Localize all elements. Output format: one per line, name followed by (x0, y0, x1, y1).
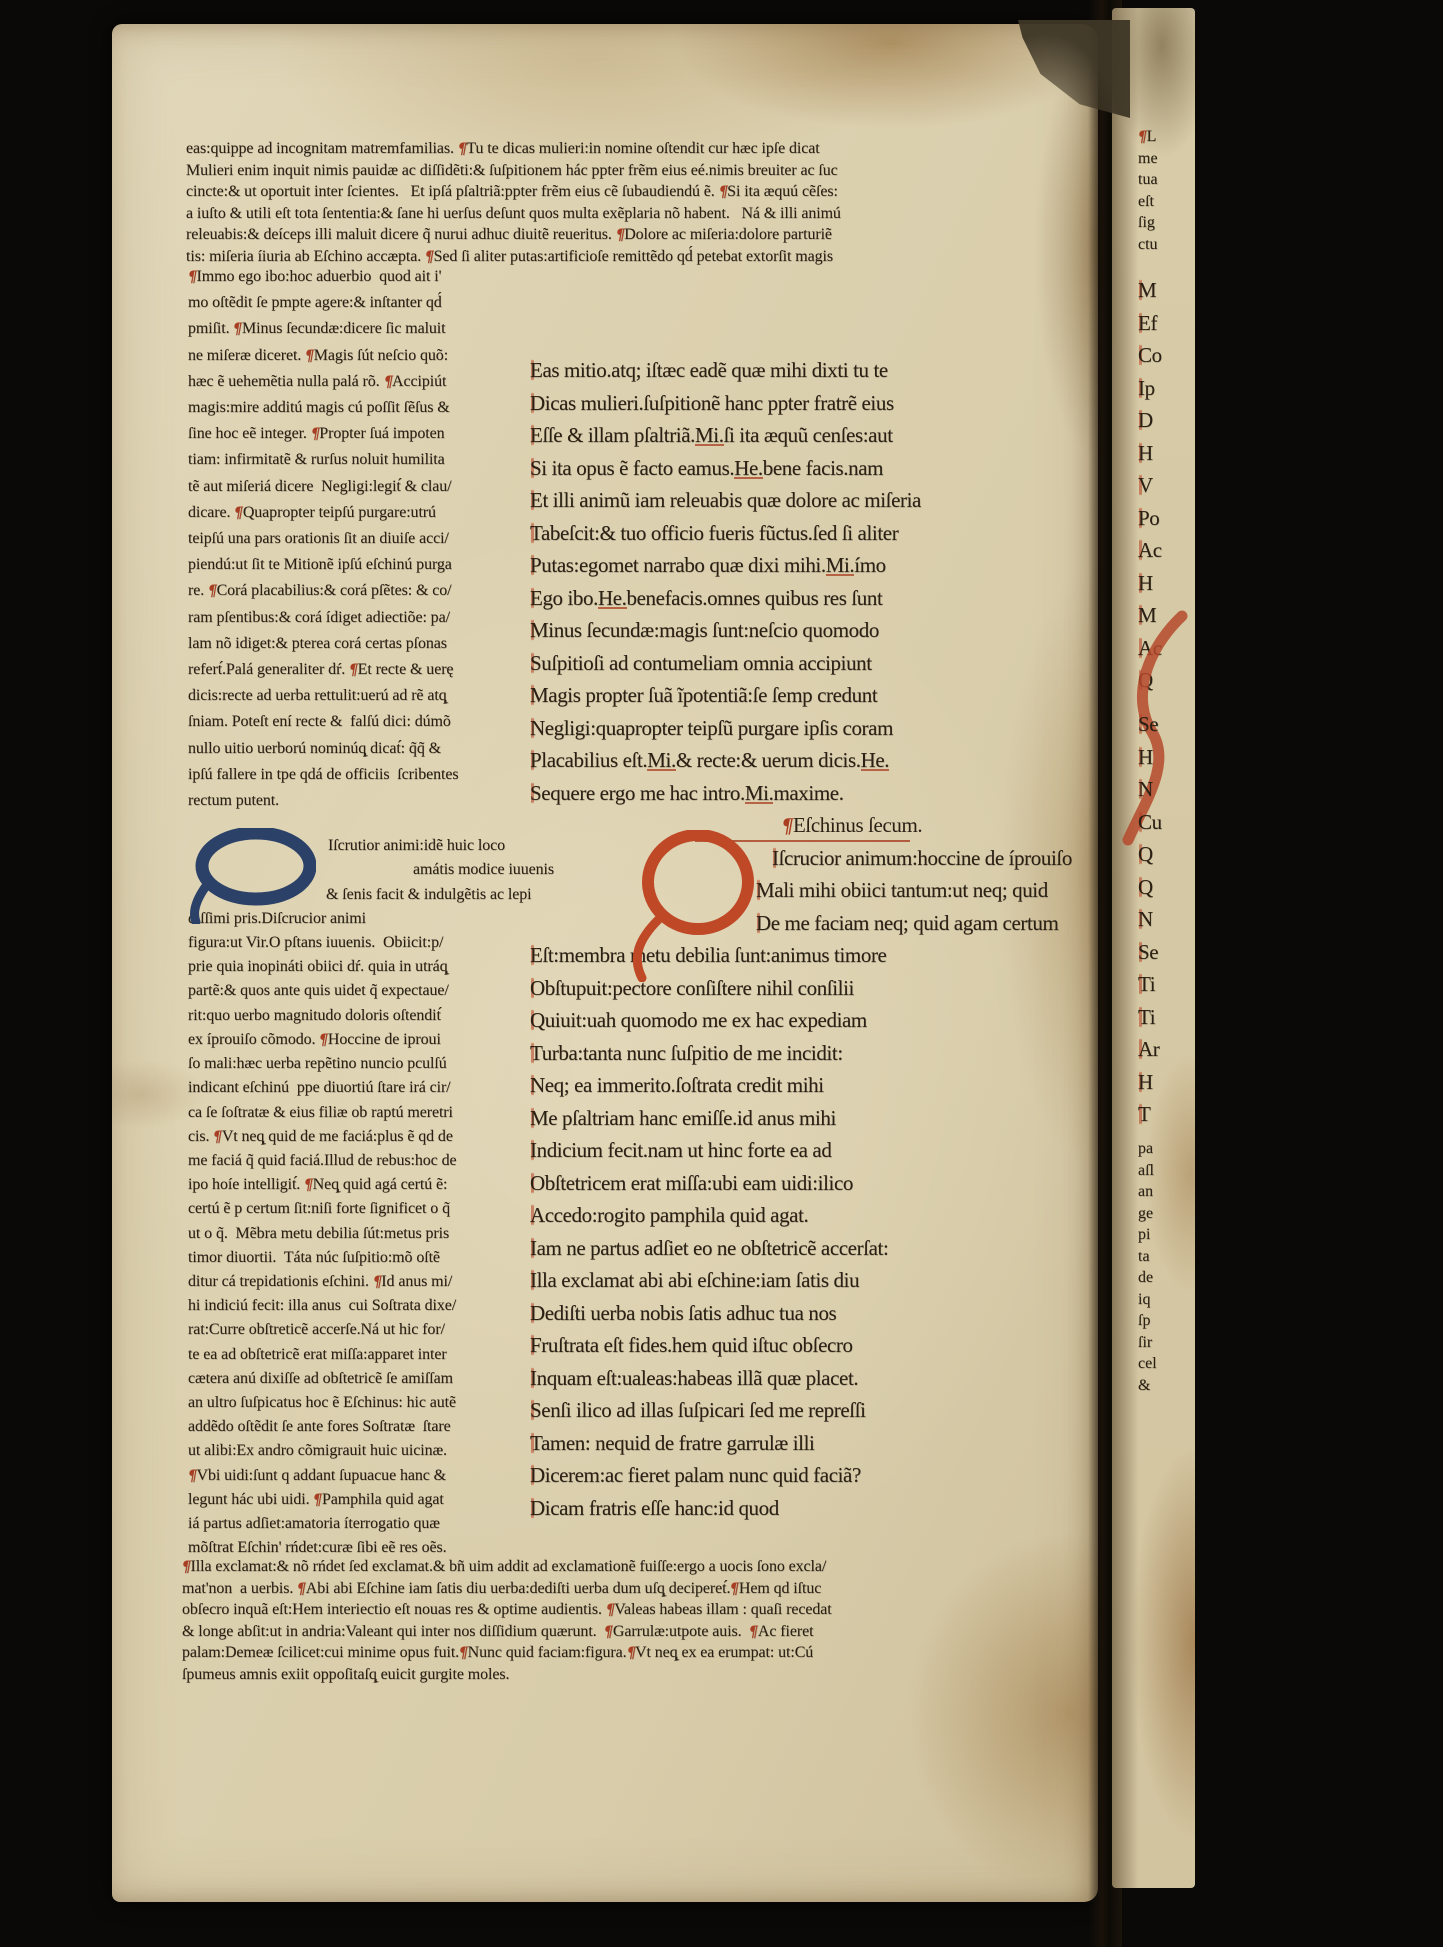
verse-line: Obſtetricem erat miſſa:ubi eam uidi:ilic… (530, 1167, 1000, 1200)
fragment-line: ſig (1138, 212, 1158, 234)
verse-line: Et illi animũ iam releuabis quæ dolore a… (530, 484, 1000, 517)
fragment-line: Se (1138, 708, 1162, 741)
pilcrow-mark: ¶ (602, 1621, 614, 1643)
verse-line: Ego ibo.He.benefacis.omnes quibus res ſu… (530, 582, 1000, 615)
pilcrow-mark: ¶ (747, 1621, 759, 1643)
commentary-line: dicare. ¶Quapropter teipſú purgare:utrú (188, 500, 528, 526)
commentary-line: lam nõ idiget:& pterea corá certas pſona… (188, 631, 528, 657)
pilcrow-mark: ¶ (347, 657, 360, 683)
fragment-line: Q (1138, 838, 1162, 871)
fragment-line: tua (1138, 169, 1158, 191)
fragment-line: H (1138, 1066, 1162, 1099)
pilcrow-mark: ¶ (302, 1173, 315, 1197)
speaker-mark: Mi. (826, 553, 855, 577)
fragment-line: N (1138, 903, 1162, 936)
fragment-line: pi (1138, 1224, 1157, 1246)
commentary-line: tiam: infirmitatẽ & rurſus noluit humili… (188, 447, 528, 473)
next-page-text-fragments: paaſlangepitadeiqſpſircel& (1138, 1138, 1157, 1396)
pilcrow-mark: ¶ (186, 1464, 199, 1488)
commentary-line: timor diuortii. Táta núc ſuſpitio:mõ oſt… (188, 1246, 528, 1270)
commentary-line: rit:quo uerbo magnitudo doloris oſtendit… (188, 1004, 528, 1028)
commentary-line: iá partus adſiet:amatoria íterrogatio qu… (188, 1512, 528, 1536)
fragment-line: ſp (1138, 1310, 1157, 1332)
verse-line: Indicium fecit.nam ut hinc forte ea ad (530, 1134, 1000, 1167)
commentary-line: cis. ¶Vt neq̨ quid de me faciá:plus ẽ qd… (188, 1125, 528, 1149)
fragment-line: ctu (1138, 234, 1158, 256)
commentary-line: dicis:recte ad uerba rettulit:uerú ad rẽ… (188, 683, 528, 709)
pilcrow-mark: ¶ (614, 224, 626, 246)
commentary-line: Mulieri enim inquit nimis pauidæ ac diſſ… (186, 160, 982, 182)
verse-line: Dicerem:ac fieret palam nunc quid faciã? (530, 1459, 1000, 1492)
pilcrow-mark: ¶ (1136, 126, 1148, 148)
verse-line: Eſſe & illam pſaltriã.Mi.ſi ita æquũ cen… (530, 419, 1000, 452)
commentary-line: legunt hác ubi uidi. ¶Pamphila quid agat (188, 1488, 528, 1512)
verse-line: Eſt:membra metu debilia ſunt:animus timo… (530, 939, 1000, 972)
verse-line: Neq; ea immerito.ſoſtrata credit mihi (530, 1069, 1000, 1102)
bottom-commentary-block: ¶Illa exclamat:& nõ rńdet ſed exclamat.&… (182, 1556, 988, 1686)
commentary-line: rectum putent. (188, 788, 528, 814)
commentary-line: ipſú fallere in tpe qdá de officiis ſcri… (188, 762, 528, 788)
speaker-mark: He. (734, 456, 763, 480)
fragment-line: & (1138, 1375, 1157, 1397)
fragment-line: Cu (1138, 806, 1162, 839)
commentary-line: ca ſe ſoſtratæ & eius filiæ ob raptú mer… (188, 1101, 528, 1125)
illuminated-initial-d-red (626, 830, 760, 992)
fragment-line: Co (1138, 339, 1162, 372)
next-page-text-fragments: ¶Lmetuaeſtſigctu (1138, 126, 1158, 255)
pilcrow-mark: ¶ (231, 316, 244, 342)
top-commentary-block: eas:quippe ad incognitam matremfamilias.… (186, 138, 982, 267)
commentary-line: ſniam. Poteſt ení recte & falſú dici: dú… (188, 709, 528, 735)
verse-line: Fruſtrata eſt fides.hem quid iſtuc obſec… (530, 1329, 1000, 1362)
fragment-line: Ti (1138, 1001, 1162, 1034)
verse-line: Sequere ergo me hac intro.Mi.maxime. (530, 777, 1000, 810)
fragment-line: H (1138, 567, 1162, 600)
verse-line: Dicas mulieri.ſuſpitionẽ hanc ppter frat… (530, 387, 1000, 420)
pilcrow-mark: ¶ (211, 1125, 224, 1149)
verse-line: Magis propter ſuã ĩpotentiã:ſe ſemp cred… (530, 679, 1000, 712)
fragment-line: me (1138, 148, 1158, 170)
commentary-line: hæc ẽ uehemẽtia nulla palá rõ. ¶Accipiút (188, 369, 528, 395)
pilcrow-mark: ¶ (381, 369, 394, 395)
commentary-line: cincte:& ut oportuit inter ſcientes. Et … (186, 181, 982, 203)
fragment-line: Po (1138, 502, 1162, 535)
fragment-line: Ef (1138, 307, 1162, 340)
pilcrow-mark: ¶ (456, 138, 468, 160)
pilcrow-mark: ¶ (180, 1556, 192, 1578)
pilcrow-mark: ¶ (311, 1488, 324, 1512)
commentary-line: figura:ut Vir.O pſtans iuuenis. Obiicit:… (188, 931, 528, 955)
commentary-line: magis:mire additú magis cú poſſit ſẽſus … (188, 395, 528, 421)
verse-line: Dicam fratris eſſe hanc:id quod (530, 1492, 1000, 1525)
fragment-line: H (1138, 741, 1162, 774)
commentary-line: pmiſit. ¶Minus ſecundæ:dicere ſic maluit (188, 316, 528, 342)
verse-passage-initial: Iſcrucior animum:hoccine de íprouiſo Mal… (530, 842, 1000, 1525)
commentary-line: tẽ aut miſeriá dicere Negligi:legit́ & c… (188, 474, 528, 500)
commentary-line: me faciá q̃ quid faciá.Illud de rebus:ho… (188, 1149, 528, 1173)
fragment-line: ge (1138, 1203, 1157, 1225)
fragment-line: eſt (1138, 191, 1158, 213)
verse-line: De me faciam neq; quid agam certum (530, 907, 1000, 940)
commentary-line: ipo hoíe intelligit́. ¶Neq̨ quid agá cer… (188, 1173, 528, 1197)
speaker-mark: Mi. (745, 781, 774, 805)
commentary-line: teipſú una pars orationis ſit an diuiſe … (188, 526, 528, 552)
commentary-line: refert́.Palá generaliter dŕ. ¶Et recte &… (188, 657, 528, 683)
verse-line: Tamen: nequid de fratre garrulæ illi (530, 1427, 1000, 1460)
verse-line: Iſcrucior animum:hoccine de íprouiſo (530, 842, 1000, 875)
pilcrow-mark: ¶ (625, 1642, 637, 1664)
commentary-line: piendú:ut ſit te Mitionẽ ipſú eſchinú pu… (188, 552, 528, 578)
commentary-line: ſpumeus amnis exiit oppoſitaſq̨ euicit g… (182, 1664, 988, 1686)
verse-line: Illa exclamat abi abi eſchine:iam ſatis … (530, 1264, 1000, 1297)
pilcrow-mark: ¶ (206, 578, 219, 604)
commentary-paragraph: ¶Immo ego ibo:hoc aduerbio quod ait i'mo… (188, 264, 528, 814)
speaker-mark: He. (861, 748, 890, 772)
commentary-line: ram pſentibus:& corá ídiget adiectiõe: p… (188, 605, 528, 631)
fragment-line: H (1138, 437, 1162, 470)
verse-line: Putas:egomet narrabo quæ dixi mihi.Mi.ím… (530, 549, 1000, 582)
fragment-line: Ip (1138, 372, 1162, 405)
pilcrow-mark: ¶ (186, 264, 199, 290)
pilcrow-mark: ¶ (303, 343, 316, 369)
fragment-line: M (1138, 274, 1162, 307)
fragment-line: ta (1138, 1246, 1157, 1268)
commentary-line: nullo uitio uerború nominúq̨ dicat́: q̃q… (188, 736, 528, 762)
verse-line: Placabilius eſt.Mi.& recte:& uerum dicis… (530, 744, 1000, 777)
commentary-line: ſine hoc eẽ integer. ¶Propter ſuá impote… (188, 421, 528, 447)
pilcrow-mark: ¶ (371, 1270, 384, 1294)
left-commentary-column: ¶Immo ego ibo:hoc aduerbio quod ait i'mo… (188, 264, 528, 1560)
fragment-line: Se (1138, 936, 1162, 969)
fragment-line: de (1138, 1267, 1157, 1289)
pilcrow-mark: ¶ (232, 500, 245, 526)
verse-line: Mali mihi obiici tantum:ut neq; quid (530, 874, 1000, 907)
verse-line: Turba:tanta nunc ſuſpitio de me incidit: (530, 1037, 1000, 1070)
pilcrow-mark: ¶ (728, 1578, 740, 1600)
fragment-line: Ti (1138, 968, 1162, 1001)
verse-line: Eas mitio.atq; iſtæc eadẽ quæ mihi dixti… (530, 354, 1000, 387)
verse-line: Obſtupuit:pectore conſiſtere nihil conſi… (530, 972, 1000, 1005)
verse-line: Si ita opus ẽ facto eamus.He.bene facis.… (530, 452, 1000, 485)
verse-line: Negligi:quapropter teipſũ purgare ipſis … (530, 712, 1000, 745)
speaker-mark: He. (598, 586, 627, 610)
commentary-line: te ea ad obſtetricẽ erat miſſa:apparet i… (188, 1343, 528, 1367)
commentary-line: ne miſeræ diceret. ¶Magis ſút neſcio quõ… (188, 343, 528, 369)
verse-line: Dediſti uerba nobis ſatis adhuc tua nos (530, 1297, 1000, 1330)
fragment-line: D (1138, 404, 1162, 437)
book-page: eas:quippe ad incognitam matremfamilias.… (112, 24, 1098, 1902)
speaker-mark: Mi. (695, 423, 724, 447)
fragment-line: T (1138, 1098, 1162, 1131)
initial-d-glyph (184, 828, 316, 924)
commentary-line: prie quia inopináti obiici dŕ. quia in u… (188, 955, 528, 979)
fragment-line: Ac (1138, 534, 1162, 567)
commentary-line: ¶Vbi uidi:ſunt q addant ſupuacue hanc & (188, 1464, 528, 1488)
commentary-line: certú ẽ p certum ſit:niſi forte ſignific… (188, 1197, 528, 1221)
fragment-line: Q (1138, 871, 1162, 904)
fragment-line: N (1138, 773, 1162, 806)
fragment-line: cel (1138, 1353, 1157, 1375)
verse-line: Minus ſecundæ:magis ſunt:neſcio quomodo (530, 614, 1000, 647)
commentary-line: hi indiciú fecit: illa anus cui Soſtrata… (188, 1294, 528, 1318)
speaker-mark: Mi. (647, 748, 676, 772)
verse-line: Me pſaltriam hanc emiſſe.id anus mihi (530, 1102, 1000, 1135)
pilcrow-mark: ¶ (317, 1028, 330, 1052)
pilcrow-mark: ¶ (717, 181, 729, 203)
commentary-continuation: diſſimi pris.Diſcrucior animifigura:ut V… (188, 907, 528, 1560)
commentary-line: obſecro inquã eſt:Hem interiectio eſt no… (182, 1599, 988, 1621)
fragment-line: aſl (1138, 1160, 1157, 1182)
fragment-line: ¶L (1138, 126, 1158, 148)
illuminated-initial-d-blue (184, 828, 316, 932)
commentary-line: mo oſtẽdit ſe pmpte agere:& inſtanter qd… (188, 290, 528, 316)
commentary-line: ſo mali:hæc uerba repẽtino nuncio pculſú (188, 1052, 528, 1076)
pilcrow-mark: ¶ (457, 1642, 469, 1664)
next-page-text-fragments: SeHNCuQQNSeTiTiArHT (1138, 708, 1162, 1131)
commentary-line: & longe abſit:ut in andria:Valeant qui i… (182, 1621, 988, 1643)
fragment-line: an (1138, 1181, 1157, 1203)
commentary-line: cætera anú dixiſſe ad obſtetricẽ ſe amiſ… (188, 1367, 528, 1391)
pilcrow-mark: ¶ (308, 421, 321, 447)
verse-line: Iam ne partus adſiet eo ne obſtetricẽ ac… (530, 1232, 1000, 1265)
pilcrow-mark: ¶ (604, 1599, 616, 1621)
commentary-line: ex íprouiſo cõmodo. ¶Hoccine de iproui (188, 1028, 528, 1052)
fragment-line: V (1138, 469, 1162, 502)
fragment-line: Ar (1138, 1033, 1162, 1066)
verse-continuation: Eſt:membra metu debilia ſunt:animus timo… (530, 939, 1000, 1524)
commentary-line: ut o q̃. Mẽbra metu debilia ſút:metus pr… (188, 1222, 528, 1246)
verse-line: Accedo:rogito pamphila quid agat. (530, 1199, 1000, 1232)
verse-line: Suſpitioſi ad contumeliam omnia accipiun… (530, 647, 1000, 680)
commentary-line: addẽdo oſtẽdit ſe ante fores Soſtratæ ſt… (188, 1415, 528, 1439)
verse-line: Quiuit:uah quomodo me ex hac expediam (530, 1004, 1000, 1037)
commentary-line: re. ¶Corá placabilius:& corá pſẽtes: & c… (188, 578, 528, 604)
scene-heading: ¶Eſchinus ſecum. (530, 809, 1000, 842)
commentary-line: ut alibi:Ex andro cõmigrauit huic uicinæ… (188, 1439, 528, 1463)
commentary-line: a iuſto & utili eſt tota ſententia:& ſan… (186, 203, 982, 225)
commentary-line: ¶Illa exclamat:& nõ rńdet ſed exclamat.&… (182, 1556, 988, 1578)
main-text-column: Eas mitio.atq; iſtæc eadẽ quæ mihi dixti… (530, 354, 1000, 1524)
verse-line: Inquam eſt:ualeas:habeas illã quæ placet… (530, 1362, 1000, 1395)
photo-background: eas:quippe ad incognitam matremfamilias.… (0, 0, 1443, 1947)
commentary-line: mat'non a uerbis. ¶Abi abi Eſchine iam ſ… (182, 1578, 988, 1600)
verse-line: Senſi ilico ad illas ſuſpicari ſed me re… (530, 1394, 1000, 1427)
commentary-paragraph-initial: Iſcrutior animi:idẽ huic loco amátis mod… (188, 834, 528, 1560)
commentary-line: eas:quippe ad incognitam matremfamilias.… (186, 138, 982, 160)
commentary-line: ditur cá trepidationis eſchini. ¶Id anus… (188, 1270, 528, 1294)
verse-line: Tabeſcit:& tuo officio fueris fũctus.ſed… (530, 517, 1000, 550)
commentary-line: releuabis:& deíceps illi maluit dicere q… (186, 224, 982, 246)
commentary-line: an ultro ſuſpicatus hoc ẽ Eſchinus: hic … (188, 1391, 528, 1415)
commentary-line: palam:Demeæ ſcilicet:cui minime opus fui… (182, 1642, 988, 1664)
commentary-line: partẽ:& quos ante quis uidet q̃ expectau… (188, 979, 528, 1003)
commentary-line: rat:Curre obſtreticẽ accerſe.Ná ut hic f… (188, 1318, 528, 1342)
commentary-line: ¶Immo ego ibo:hoc aduerbio quod ait i' (188, 264, 528, 290)
pilcrow-mark: ¶ (295, 1578, 307, 1600)
fragment-line: iq (1138, 1289, 1157, 1311)
next-page-edge: ¶Lmetuaeſtſigctu MEfCoIpDHVPoAcHMAcQ SeH… (1112, 8, 1195, 1888)
fragment-line: ſir (1138, 1332, 1157, 1354)
commentary-line: indicant eſchinú ppe diuortiú ſtare irá … (188, 1076, 528, 1100)
initial-d-glyph (626, 830, 760, 982)
fragment-line: pa (1138, 1138, 1157, 1160)
verse-passage: Eas mitio.atq; iſtæc eadẽ quæ mihi dixti… (530, 354, 1000, 809)
